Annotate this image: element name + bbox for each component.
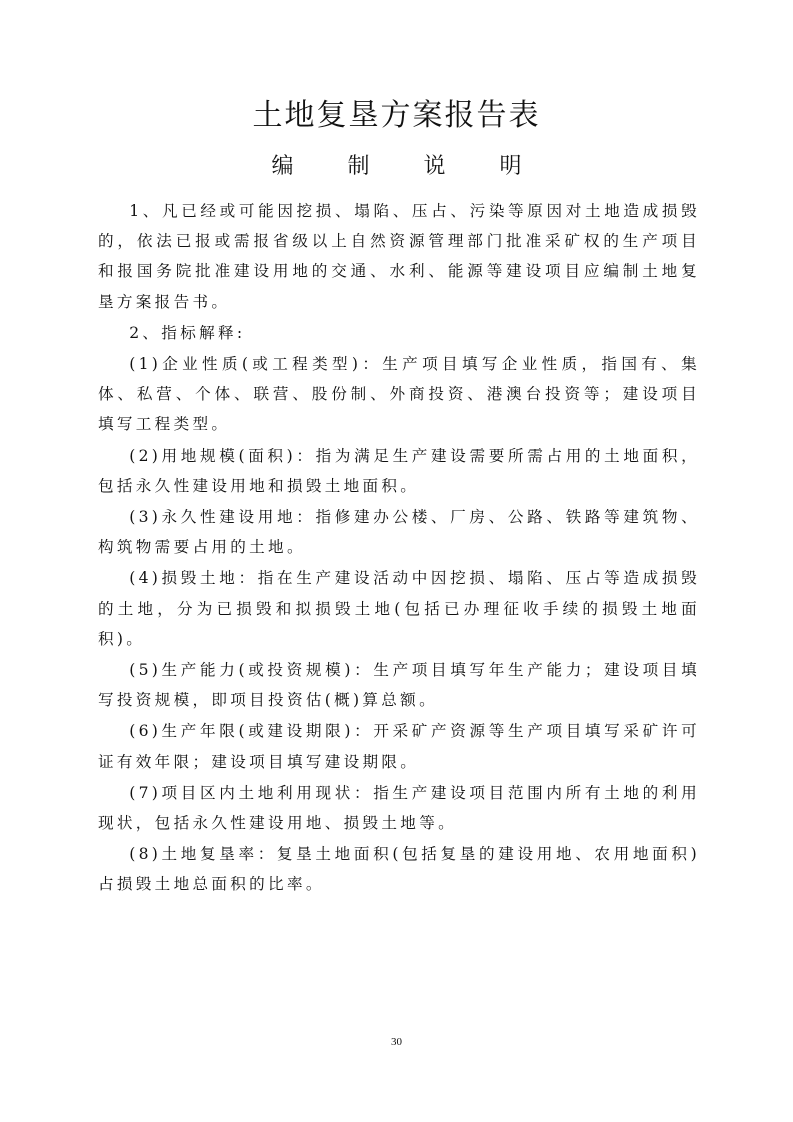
paragraph-land-use-status: (7)项目区内土地利用现状：指生产建设项目范围内所有土地的利用现状，包括永久性建… bbox=[98, 778, 700, 838]
paragraph-permanent-land: (3)永久性建设用地：指修建办公楼、厂房、公路、铁路等建筑物、构筑物需要占用的土… bbox=[98, 502, 700, 562]
subtitle-char: 编 bbox=[271, 150, 293, 184]
document-subtitle: 编制说明 bbox=[0, 150, 793, 184]
paragraph-indicators-heading: 2、指标解释: bbox=[98, 318, 700, 348]
subtitle-char: 明 bbox=[500, 150, 522, 184]
page-number: 30 bbox=[0, 1036, 793, 1048]
paragraph-reclamation-rate: (8)土地复垦率：复垦土地面积(包括复垦的建设用地、农用地面积)占损毁土地总面积… bbox=[98, 839, 700, 899]
subtitle-char: 制 bbox=[347, 150, 369, 184]
paragraph-scope: 1、凡已经或可能因挖损、塌陷、压占、污染等原因对土地造成损毁的，依法已报或需报省… bbox=[98, 196, 700, 317]
paragraph-period: (6)生产年限(或建设期限)：开采矿产资源等生产项目填写采矿许可证有效年限；建设… bbox=[98, 716, 700, 776]
document-body: 1、凡已经或可能因挖损、塌陷、压占、污染等原因对土地造成损毁的，依法已报或需报省… bbox=[98, 196, 700, 901]
subtitle-char: 说 bbox=[424, 150, 446, 184]
paragraph-capacity: (5)生产能力(或投资规模)：生产项目填写年生产能力；建设项目填写投资规模，即项… bbox=[98, 655, 700, 715]
document-title: 土地复垦方案报告表 bbox=[0, 96, 793, 136]
paragraph-enterprise-nature: (1)企业性质(或工程类型)：生产项目填写企业性质，指国有、集体、私营、个体、联… bbox=[98, 349, 700, 440]
paragraph-land-scale: (2)用地规模(面积)：指为满足生产建设需要所需占用的土地面积，包括永久性建设用… bbox=[98, 441, 700, 501]
paragraph-damaged-land: (4)损毁土地：指在生产建设活动中因挖损、塌陷、压占等造成损毁的土地，分为已损毁… bbox=[98, 563, 700, 654]
